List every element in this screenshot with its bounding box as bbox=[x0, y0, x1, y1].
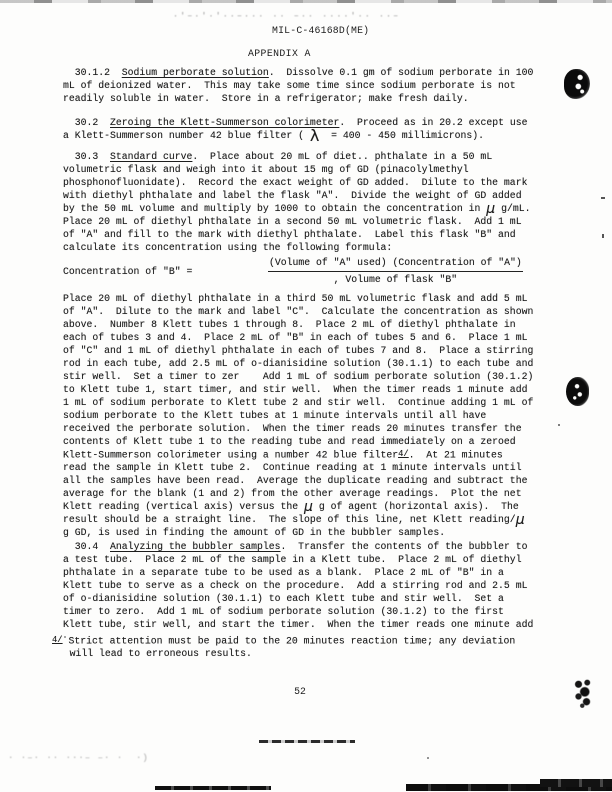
scan-edge-artifact bbox=[0, 0, 612, 3]
section-30-2: 30.2 Zeroing the Klett-Summerson colorim… bbox=[63, 116, 549, 142]
text-segment: by the 50 mL volume and multiply by 1000… bbox=[63, 203, 486, 214]
text-segment: phthalate in a separate tube to be used … bbox=[63, 567, 504, 578]
text-segment: g GD, is used in finding the amount of G… bbox=[63, 527, 445, 538]
text-line: received the perborate solution. When th… bbox=[63, 422, 549, 435]
text-segment: 30.4 bbox=[63, 541, 110, 552]
text-line: all the samples have been read. Average … bbox=[63, 474, 549, 487]
text-segment: each of tubes 3 and 4. Place 2 mL of "B"… bbox=[63, 332, 527, 343]
footnote-ref: 4/ bbox=[52, 635, 63, 645]
text-segment: volumetric flask and weigh into it about… bbox=[63, 164, 469, 175]
text-segment: . Place about 20 mL of diet.. phthalate … bbox=[192, 151, 492, 162]
footnote-4: 4/ Strict attention must be paid to the … bbox=[52, 634, 538, 660]
section-30-3: 30.3 Standard curve. Place about 20 mL o… bbox=[63, 150, 549, 254]
text-line: rod in each tube, add 2.5 mL of o-dianis… bbox=[63, 357, 549, 370]
text-line: Klett-Summerson colorimeter using a numb… bbox=[63, 448, 549, 461]
text-segment: mL of deionized water. This may take som… bbox=[63, 80, 516, 91]
text-segment: a Klett-Summerson number 42 blue filter … bbox=[63, 130, 310, 141]
text-segment: Klett tube, stir well, and start the tim… bbox=[63, 619, 533, 630]
text-line: 4/ Strict attention must be paid to the … bbox=[52, 634, 538, 647]
text-segment: Strict attention must be paid to the 20 … bbox=[63, 636, 516, 647]
text-segment: Klett tube to serve as a check on the pr… bbox=[63, 580, 527, 591]
text-segment: phosphonofluonidate). Record the exact w… bbox=[63, 177, 527, 188]
text-line: by the 50 mL volume and multiply by 1000… bbox=[63, 202, 549, 215]
scan-speck bbox=[602, 234, 604, 238]
text-segment: all the samples have been read. Average … bbox=[63, 475, 527, 486]
text-line: 1 mL of sodium perborate to Klett tube 2… bbox=[63, 396, 549, 409]
text-line: volumetric flask and weigh into it about… bbox=[63, 163, 549, 176]
mu-symbol: μ bbox=[304, 502, 313, 512]
scan-speck bbox=[558, 424, 560, 426]
formula-numerator: (Volume of "A" used) (Concentration of "… bbox=[268, 256, 523, 272]
ink-blot-artifact-middle bbox=[566, 377, 589, 406]
scan-speck bbox=[64, 636, 66, 638]
text-line: stir well. Set a timer to zer Add 1 mL o… bbox=[63, 370, 549, 383]
text-line: will lead to erroneous results. bbox=[52, 647, 538, 660]
page-number: 52 bbox=[0, 686, 600, 697]
text-segment: g of agent (horizontal axis). The bbox=[313, 501, 519, 512]
text-line: above. Number 8 Klett tubes 1 through 8.… bbox=[63, 318, 549, 331]
text-line: readily soluble in water. Store in a ref… bbox=[63, 92, 549, 105]
text-segment: of o-dianisidine solution (30.1.1) to ea… bbox=[63, 593, 504, 604]
text-segment: . At 21 minutes bbox=[409, 450, 503, 461]
scanned-document-page: ·'–·'·'··–··· ·· –·· ····'·· ··– MIL-C-4… bbox=[0, 0, 612, 792]
mu-symbol: μ bbox=[516, 515, 525, 525]
scan-speck bbox=[601, 197, 605, 199]
text-segment: average for the blank (1 and 2) from the… bbox=[63, 488, 522, 499]
text-line: timer to zero. Add 1 mL of sodium perbor… bbox=[63, 605, 549, 618]
text-line: result should be a straight line. The sl… bbox=[63, 513, 549, 526]
text-line: a Klett-Summerson number 42 blue filter … bbox=[63, 129, 549, 142]
text-line: each of tubes 3 and 4. Place 2 mL of "B"… bbox=[63, 331, 549, 344]
text-segment: read the sample in Klett tube 2. Continu… bbox=[63, 462, 522, 473]
text-segment: Place 20 mL of diethyl phthalate in a se… bbox=[63, 216, 522, 227]
mu-symbol: μ bbox=[486, 204, 495, 214]
text-line: Klett tube to serve as a check on the pr… bbox=[63, 579, 549, 592]
text-segment: with diethyl phthalate and label the fla… bbox=[63, 190, 522, 201]
text-segment: rod in each tube, add 2.5 mL of o-dianis… bbox=[63, 358, 533, 369]
text-line: Klett reading (vertical axis) versus the… bbox=[63, 500, 549, 513]
text-line: of "A" and fill to the mark with diethyl… bbox=[63, 228, 549, 241]
text-segment: 30.1.2 bbox=[63, 67, 122, 78]
scan-dash-artifact bbox=[259, 740, 355, 743]
text-segment: timer to zero. Add 1 mL of sodium perbor… bbox=[63, 606, 504, 617]
illegible-stamp-smudge: ·'–·'·'··–··· ·· –·· ····'·· ··– bbox=[173, 11, 413, 21]
footnote-ref: 4/ bbox=[398, 449, 409, 459]
text-line: 30.1.2 Sodium perborate solution. Dissol… bbox=[63, 66, 549, 79]
text-line: g GD, is used in finding the amount of G… bbox=[63, 526, 549, 539]
text-line: Place 20 mL of diethyl phthalate in a se… bbox=[63, 215, 549, 228]
concentration-formula: Concentration of "B" =(Volume of "A" use… bbox=[63, 256, 549, 290]
text-line: contents of Klett tube 1 to the reading … bbox=[63, 435, 549, 448]
text-segment: . Proceed as in 20.2 except use bbox=[339, 117, 527, 128]
text-line: 30.4 Analyzing the bubbler samples. Tran… bbox=[63, 540, 549, 553]
section-30-3-continued: Place 20 mL of diethyl phthalate in a th… bbox=[63, 292, 549, 539]
text-line: with diethyl phthalate and label the fla… bbox=[63, 189, 549, 202]
text-segment: Place 20 mL of diethyl phthalate in a th… bbox=[63, 293, 527, 304]
text-segment: . Transfer the contents of the bubbler t… bbox=[281, 541, 528, 552]
underlined-heading: Zeroing the Klett-Summerson colorimeter bbox=[110, 117, 339, 128]
text-segment: stir well. Set a timer to zer Add 1 mL o… bbox=[63, 371, 533, 382]
text-segment: sodium perborate to the Klett tubes at 1… bbox=[63, 410, 486, 421]
section-30-4: 30.4 Analyzing the bubbler samples. Tran… bbox=[63, 540, 549, 631]
document-id: MIL-C-46168D(ME) bbox=[272, 25, 369, 36]
underlined-heading: Sodium perborate solution bbox=[122, 67, 269, 78]
text-line: 30.3 Standard curve. Place about 20 mL o… bbox=[63, 150, 549, 163]
text-line: of "A". Dilute to the mark and label "C"… bbox=[63, 305, 549, 318]
text-line: a test tube. Place 2 mL of the sample in… bbox=[63, 553, 549, 566]
lambda-symbol: λ bbox=[310, 131, 319, 141]
scan-pen-squiggle: · ·–· ·· ···– –· · ·) bbox=[8, 753, 148, 763]
text-line: Klett tube, stir well, and start the tim… bbox=[63, 618, 549, 631]
text-line: read the sample in Klett tube 2. Continu… bbox=[63, 461, 549, 474]
text-segment: 1 mL of sodium perborate to Klett tube 2… bbox=[63, 397, 533, 408]
scan-band-artifact-corner bbox=[540, 779, 612, 787]
text-segment: above. Number 8 Klett tubes 1 through 8.… bbox=[63, 319, 516, 330]
text-segment: . Dissolve 0.1 gm of sodium perborate in… bbox=[269, 67, 534, 78]
text-segment: of "A" and fill to the mark with diethyl… bbox=[63, 229, 516, 240]
text-segment: a test tube. Place 2 mL of the sample in… bbox=[63, 554, 522, 565]
text-segment: = 400 - 450 millimicrons). bbox=[319, 130, 484, 141]
underlined-heading: Standard curve bbox=[110, 151, 192, 162]
text-segment: received the perborate solution. When th… bbox=[63, 423, 522, 434]
ink-blot-artifact-top bbox=[564, 69, 590, 99]
formula-label: Concentration of "B" = bbox=[63, 265, 192, 278]
appendix-title: APPENDIX A bbox=[248, 48, 311, 59]
scan-band-artifact-left bbox=[155, 786, 271, 790]
text-segment: of "A". Dilute to the mark and label "C"… bbox=[63, 306, 533, 317]
text-line: sodium perborate to the Klett tubes at 1… bbox=[63, 409, 549, 422]
section-30-1-2: 30.1.2 Sodium perborate solution. Dissol… bbox=[63, 66, 549, 105]
text-line: mL of deionized water. This may take som… bbox=[63, 79, 549, 92]
text-segment: contents of Klett tube 1 to the reading … bbox=[63, 436, 516, 447]
text-line: phthalate in a separate tube to be used … bbox=[63, 566, 549, 579]
text-line: to Klett tube 1, start timer, and stir w… bbox=[63, 383, 549, 396]
text-segment: 30.2 bbox=[63, 117, 110, 128]
formula-denominator: , Volume of flask "B" bbox=[268, 273, 523, 286]
text-segment: 30.3 bbox=[63, 151, 110, 162]
formula-fraction: (Volume of "A" used) (Concentration of "… bbox=[268, 256, 523, 286]
text-line: calculate its concentration using the fo… bbox=[63, 241, 549, 254]
text-segment: of "C" and 1 mL of diethyl phthalate in … bbox=[63, 345, 533, 356]
text-segment: g/mL. bbox=[495, 203, 530, 214]
ink-blot-artifact-bottom bbox=[571, 676, 596, 709]
text-line: of o-dianisidine solution (30.1.1) to ea… bbox=[63, 592, 549, 605]
underlined-heading: Analyzing the bubbler samples bbox=[110, 541, 281, 552]
text-line: Place 20 mL of diethyl phthalate in a th… bbox=[63, 292, 549, 305]
scan-speck bbox=[427, 757, 429, 759]
text-segment: Klett reading (vertical axis) versus the bbox=[63, 501, 304, 512]
text-line: of "C" and 1 mL of diethyl phthalate in … bbox=[63, 344, 549, 357]
text-segment: Klett-Summerson colorimeter using a numb… bbox=[63, 450, 398, 461]
text-segment: will lead to erroneous results. bbox=[52, 648, 252, 659]
text-segment: readily soluble in water. Store in a ref… bbox=[63, 93, 469, 104]
text-segment: calculate its concentration using the fo… bbox=[63, 242, 392, 253]
text-segment: to Klett tube 1, start timer, and stir w… bbox=[63, 384, 527, 395]
text-line: 30.2 Zeroing the Klett-Summerson colorim… bbox=[63, 116, 549, 129]
text-segment: result should be a straight line. The sl… bbox=[63, 514, 516, 525]
text-line: phosphonofluonidate). Record the exact w… bbox=[63, 176, 549, 189]
